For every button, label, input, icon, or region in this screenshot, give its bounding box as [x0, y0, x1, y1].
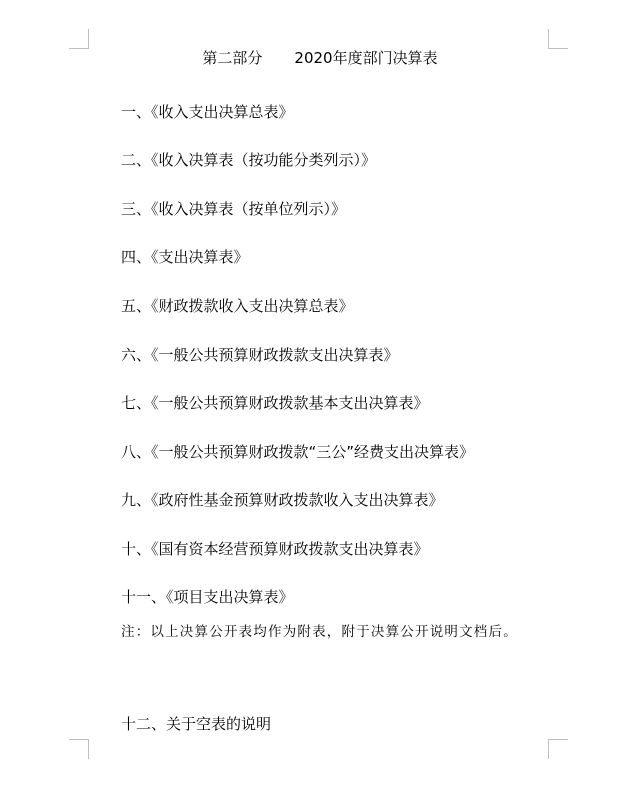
list-item: 七、《一般公共预算财政拨款基本支出决算表》 [121, 393, 429, 413]
list-item: 三、《收入决算表（按单位列示）》 [121, 199, 346, 219]
list-item: 六、《一般公共预算财政拨款支出决算表》 [121, 345, 399, 365]
list-item: 十、《国有资本经营预算财政拨款支出决算表》 [121, 539, 429, 559]
list-item: 十一、《项目支出决算表》 [121, 587, 294, 607]
list-item: 五、《财政拨款收入支出决算总表》 [121, 296, 354, 316]
crop-mark-bottom-left-v [88, 739, 89, 759]
crop-mark-bottom-right-v [548, 739, 549, 759]
page-title: 第二部分2020年度部门决算表 [0, 48, 640, 68]
crop-mark-top-left-v [88, 29, 89, 49]
crop-mark-bottom-left-h [69, 739, 89, 740]
list-item: 一、《收入支出决算总表》 [121, 102, 294, 122]
crop-mark-top-right-v [548, 29, 549, 49]
crop-mark-bottom-right-h [548, 739, 568, 740]
list-item: 四、《支出决算表》 [121, 247, 249, 267]
title-part: 第二部分 [202, 49, 262, 67]
title-main: 2020年度部门决算表 [294, 49, 437, 67]
note-text: 注：以上决算公开表均作为附表，附于决算公开说明文档后。 [121, 622, 518, 642]
list-item: 二、《收入决算表（按功能分类列示）》 [121, 150, 376, 170]
section-heading: 十二、关于空表的说明 [121, 714, 271, 734]
list-item: 九、《政府性基金预算财政拨款收入支出决算表》 [121, 490, 444, 510]
list-item: 八、《一般公共预算财政拨款“三公”经费支出决算表》 [121, 442, 474, 462]
